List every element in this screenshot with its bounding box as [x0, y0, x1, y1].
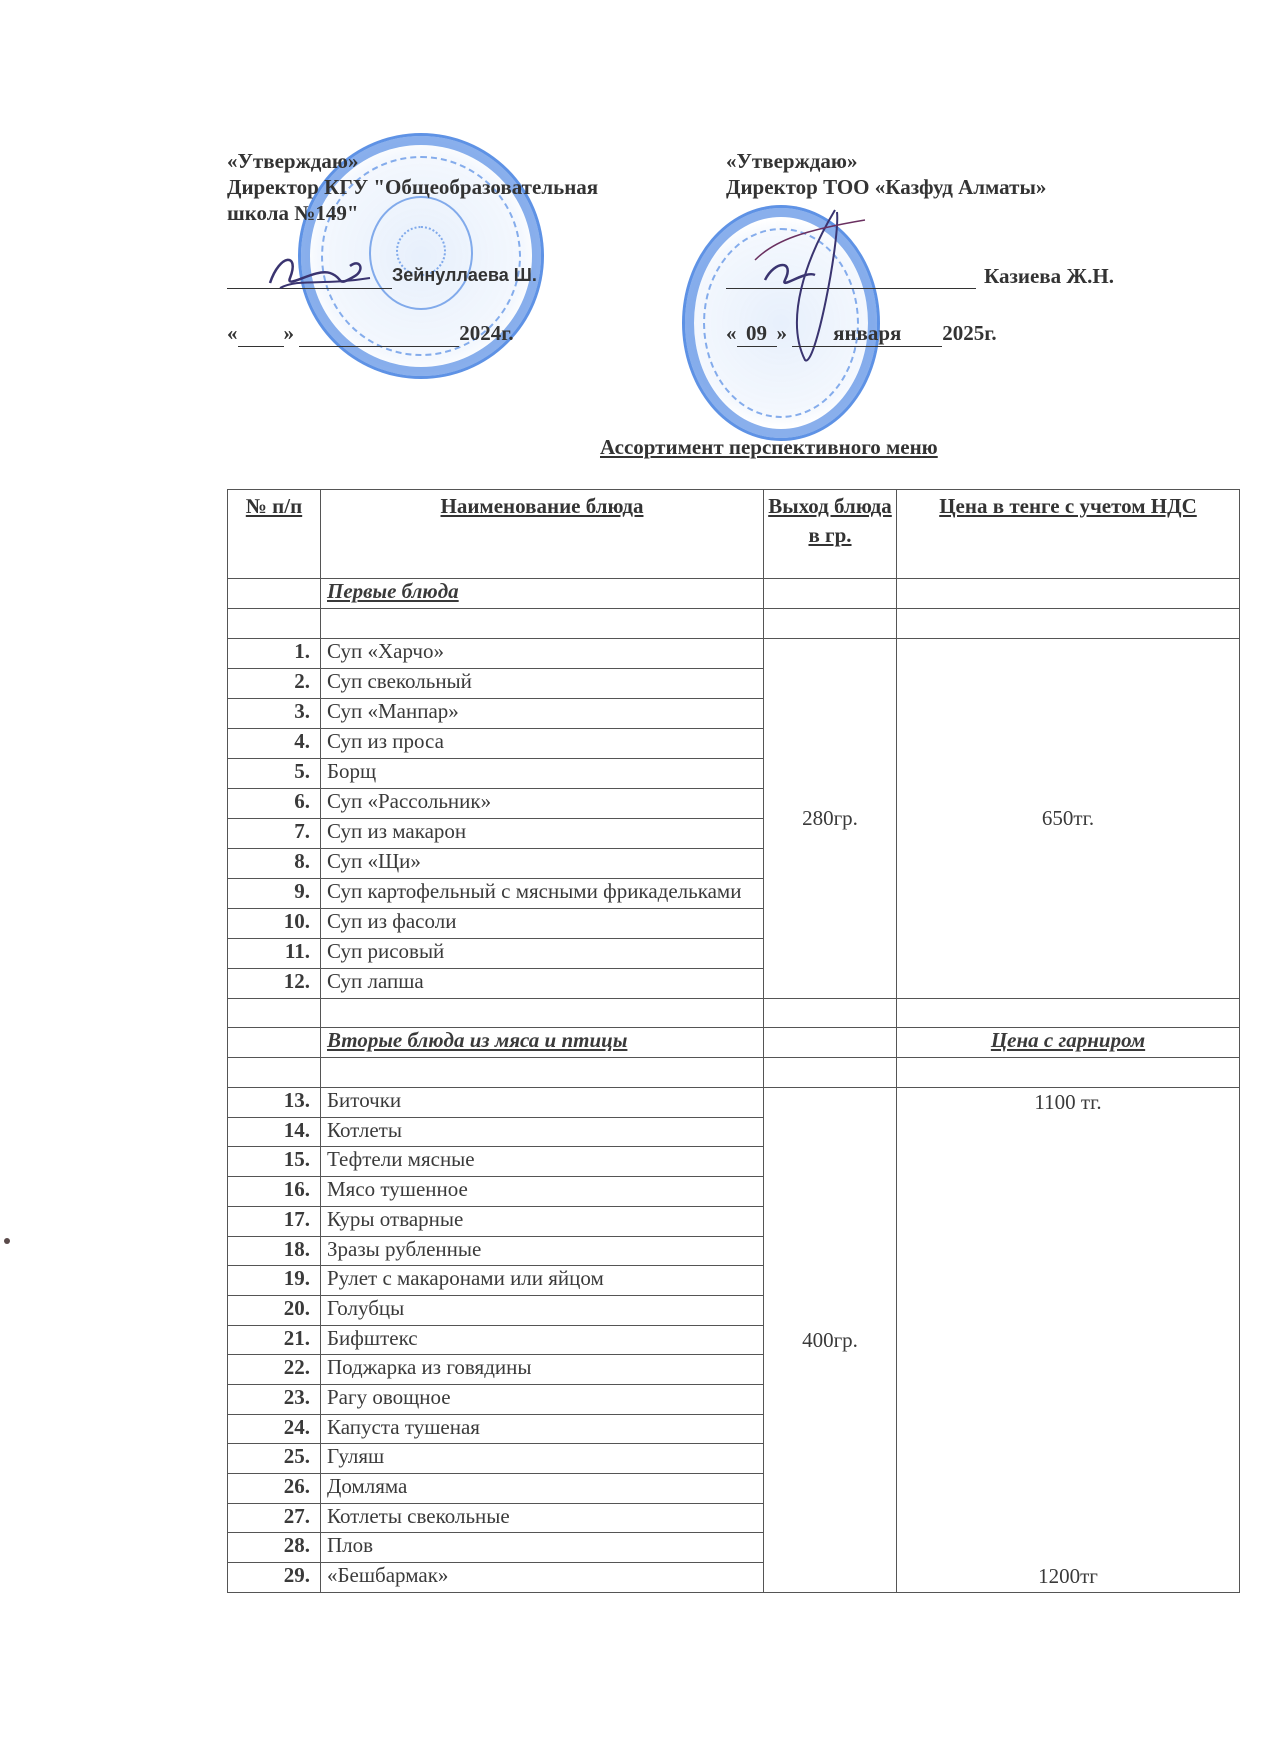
dish-number: 10.	[228, 908, 321, 938]
dish-number: 11.	[228, 938, 321, 968]
dish-number: 2.	[228, 668, 321, 698]
dish-name: Котлеты свекольные	[321, 1503, 764, 1533]
document-title: Ассортимент перспективного меню	[600, 435, 938, 460]
dish-price: 650тг.	[897, 638, 1240, 998]
dish-name: Суп картофельный с мясными фрикадельками	[321, 878, 764, 908]
header-name: Наименование блюда	[321, 490, 764, 579]
spacer-row	[228, 609, 1240, 639]
dish-number: 1.	[228, 638, 321, 668]
dish-number: 14.	[228, 1117, 321, 1147]
table-header-row: № п/п Наименование блюда Выход блюда в г…	[228, 490, 1240, 579]
approval-left-heading: «Утверждаю»	[227, 148, 687, 174]
dish-name: Бифштекс	[321, 1325, 764, 1355]
dish-name: Котлеты	[321, 1117, 764, 1147]
section-row-second-courses: Вторые блюда из мяса и птицы Цена с гарн…	[228, 1028, 1240, 1058]
dish-number: 8.	[228, 848, 321, 878]
dish-name: Борщ	[321, 758, 764, 788]
header-price: Цена в тенге с учетом НДС	[897, 490, 1240, 579]
dish-number: 16.	[228, 1177, 321, 1207]
section2-body: 13.Биточки400гр.1100 тг.1200тг14.Котлеты…	[228, 1088, 1240, 1593]
approval-left-date: « » 2024г.	[227, 320, 514, 347]
dish-name: Куры отварные	[321, 1206, 764, 1236]
dish-number: 24.	[228, 1414, 321, 1444]
header-num: № п/п	[228, 490, 321, 579]
dish-name: Суп «Манпар»	[321, 698, 764, 728]
dish-name: Биточки	[321, 1088, 764, 1118]
dish-number: 3.	[228, 698, 321, 728]
dish-number: 9.	[228, 878, 321, 908]
section1-body: 1.Суп «Харчо»280гр.650тг.2.Суп свекольны…	[228, 638, 1240, 998]
dish-price-last: 1200тг	[897, 1564, 1239, 1588]
dish-number: 6.	[228, 788, 321, 818]
dish-number: 17.	[228, 1206, 321, 1236]
spacer-row	[228, 998, 1240, 1028]
dish-number: 5.	[228, 758, 321, 788]
approval-right: «Утверждаю» Директор ТОО «Казфуд Алматы»	[726, 148, 1166, 200]
dish-name: Суп лапша	[321, 968, 764, 998]
dish-price-cell: 1100 тг.1200тг	[897, 1088, 1240, 1593]
dish-number: 7.	[228, 818, 321, 848]
scan-speck	[4, 1238, 10, 1244]
dish-name: Домляма	[321, 1474, 764, 1504]
dish-number: 12.	[228, 968, 321, 998]
dish-name: Суп «Щи»	[321, 848, 764, 878]
menu-table: № п/п Наименование блюда Выход блюда в г…	[227, 489, 1240, 1593]
dish-yield: 280гр.	[764, 638, 897, 998]
dish-name: Рагу овощное	[321, 1384, 764, 1414]
approval-right-heading: «Утверждаю»	[726, 148, 1166, 174]
dish-name: Голубцы	[321, 1295, 764, 1325]
dish-number: 29.	[228, 1563, 321, 1593]
dish-name: Тефтели мясные	[321, 1147, 764, 1177]
dish-name: Суп «Рассольник»	[321, 788, 764, 818]
dish-number: 4.	[228, 728, 321, 758]
approval-left: «Утверждаю» Директор КГУ "Общеобразовате…	[227, 148, 687, 226]
dish-name: Суп из фасоли	[321, 908, 764, 938]
approval-right-signatory: Казиева Ж.Н.	[984, 263, 1114, 289]
dish-name: Рулет с макаронами или яйцом	[321, 1266, 764, 1296]
approval-left-school: школа №149"	[227, 200, 687, 226]
dish-number: 19.	[228, 1266, 321, 1296]
approval-right-date: «09» января2025г.	[726, 320, 997, 347]
dish-number: 23.	[228, 1384, 321, 1414]
approval-left-signatory: Зейнуллаева Ш.	[392, 265, 537, 286]
dish-name: Капуста тушеная	[321, 1414, 764, 1444]
dish-name: Плов	[321, 1533, 764, 1563]
section-title-second: Вторые блюда из мяса и птицы	[321, 1028, 764, 1058]
spacer-row	[228, 1058, 1240, 1088]
dish-name: Зразы рубленные	[321, 1236, 764, 1266]
dish-yield: 400гр.	[764, 1088, 897, 1593]
table-row: 1.Суп «Харчо»280гр.650тг.	[228, 638, 1240, 668]
signature-left	[260, 248, 380, 298]
dish-number: 22.	[228, 1355, 321, 1385]
dish-number: 21.	[228, 1325, 321, 1355]
dish-name: Суп из макарон	[321, 818, 764, 848]
header-yield: Выход блюда в гр.	[764, 490, 897, 579]
dish-number: 26.	[228, 1474, 321, 1504]
dish-name: Мясо тушенное	[321, 1177, 764, 1207]
section-title-first: Первые блюда	[321, 579, 764, 609]
dish-number: 28.	[228, 1533, 321, 1563]
dish-number: 25.	[228, 1444, 321, 1474]
dish-number: 27.	[228, 1503, 321, 1533]
approval-right-position: Директор ТОО «Казфуд Алматы»	[726, 174, 1166, 200]
dish-name: «Бешбармак»	[321, 1563, 764, 1593]
dish-name: Гуляш	[321, 1444, 764, 1474]
approval-left-year: 2024г.	[459, 321, 513, 345]
dish-price-main: 1100 тг.	[903, 1088, 1233, 1114]
dish-name: Суп свекольный	[321, 668, 764, 698]
signature-right	[745, 200, 885, 380]
dish-name: Суп из проса	[321, 728, 764, 758]
dish-name: Суп «Харчо»	[321, 638, 764, 668]
section-row-first-courses: Первые блюда	[228, 579, 1240, 609]
approval-right-year: 2025г.	[942, 321, 996, 345]
dish-number: 20.	[228, 1295, 321, 1325]
approval-left-position: Директор КГУ "Общеобразовательная	[227, 174, 687, 200]
dish-number: 15.	[228, 1147, 321, 1177]
dish-name: Поджарка из говядины	[321, 1355, 764, 1385]
dish-number: 13.	[228, 1088, 321, 1118]
table-row: 13.Биточки400гр.1100 тг.1200тг	[228, 1088, 1240, 1118]
approval-right-month: января	[792, 320, 942, 347]
dish-name: Суп рисовый	[321, 938, 764, 968]
price-with-garnish-header: Цена с гарниром	[897, 1028, 1240, 1058]
dish-number: 18.	[228, 1236, 321, 1266]
approval-right-day: 09	[737, 320, 777, 347]
